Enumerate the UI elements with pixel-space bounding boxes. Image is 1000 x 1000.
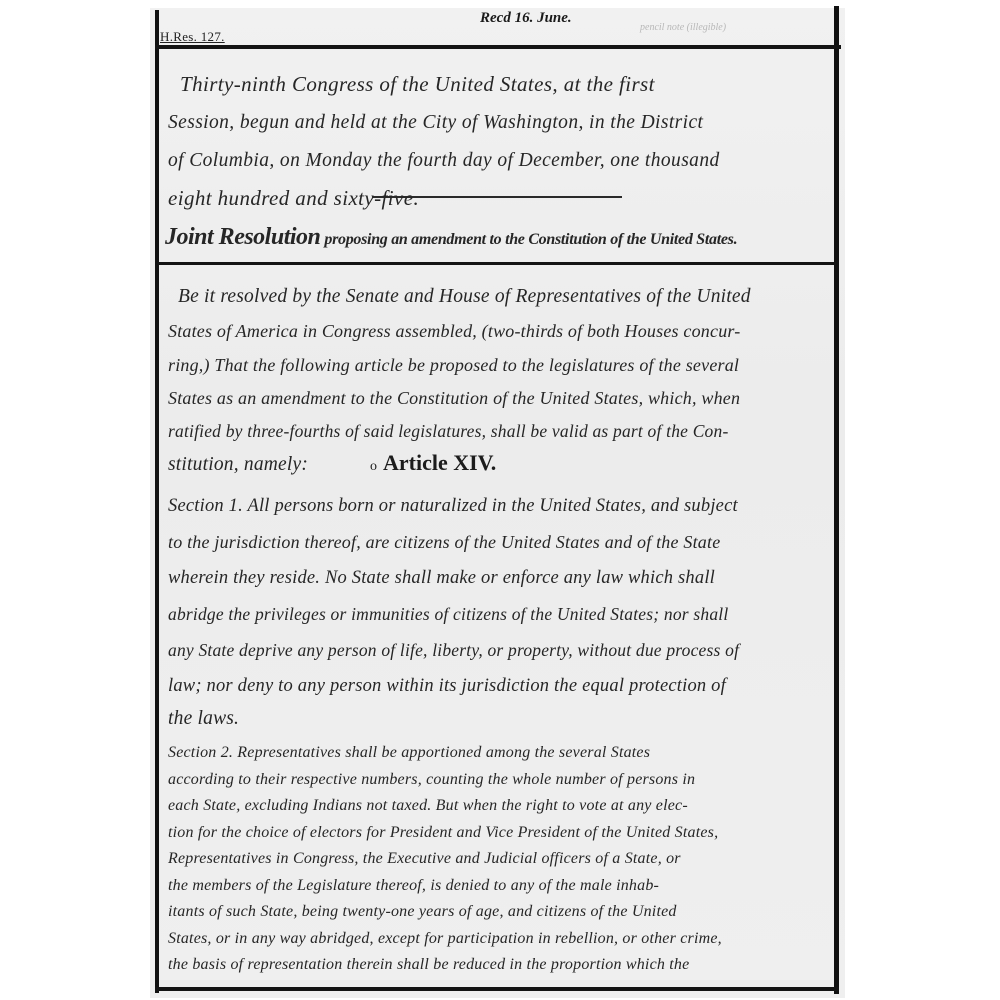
- received-note: Recd 16. June.: [480, 10, 572, 27]
- enacting-line: States of America in Congress assembled,…: [168, 321, 820, 342]
- faint-pencil-note: pencil note (illegible): [640, 22, 726, 33]
- section2-line: States, or in any way abridged, except f…: [168, 930, 820, 948]
- title-rule: [158, 262, 836, 265]
- section1-line: abridge the privileges or immunities of …: [168, 604, 820, 625]
- preamble-line: of Columbia, on Monday the fourth day of…: [168, 150, 820, 172]
- article-heading: oArticle XIV.: [370, 450, 496, 476]
- resolution-title: Joint Resolution proposing an amendment …: [165, 224, 817, 251]
- section1-line: any State deprive any person of life, li…: [168, 640, 820, 661]
- header-rule: [155, 45, 841, 49]
- section1-line: Section 1. All persons born or naturaliz…: [168, 496, 820, 517]
- section2-line: itants of such State, being twenty-one y…: [168, 903, 820, 921]
- section1-line: law; nor deny to any person within its j…: [168, 676, 820, 697]
- section1-line: to the jurisdiction thereof, are citizen…: [168, 532, 820, 553]
- enacting-line: Be it resolved by the Senate and House o…: [178, 286, 830, 308]
- section2-line: according to their respective numbers, c…: [168, 771, 820, 789]
- section2-line: each State, excluding Indians not taxed.…: [168, 797, 820, 815]
- right-border: [834, 6, 839, 994]
- section2-line: Representatives in Congress, the Executi…: [168, 850, 820, 868]
- enacting-line: States as an amendment to the Constituti…: [168, 388, 820, 409]
- section1-line: wherein they reside. No State shall make…: [168, 568, 820, 589]
- preamble-line: eight hundred and sixty-five.: [168, 186, 820, 211]
- preamble-line: Session, begun and held at the City of W…: [168, 112, 820, 134]
- enacting-line: ring,) That the following article be pro…: [168, 355, 820, 376]
- section2-line: the members of the Legislature thereof, …: [168, 877, 820, 895]
- section1-line: the laws.: [168, 708, 820, 730]
- bullet-dot-icon: o: [370, 459, 377, 474]
- preamble-line: Thirty-ninth Congress of the United Stat…: [180, 72, 832, 97]
- section2-line: the basis of representation therein shal…: [168, 956, 820, 974]
- section2-line: Section 2. Representatives shall be appo…: [168, 744, 820, 762]
- enacting-line: ratified by three-fourths of said legisl…: [168, 421, 820, 442]
- article-heading-text: Article XIV.: [383, 450, 496, 475]
- bottom-border: [155, 987, 839, 991]
- resolution-number: H.Res. 127.: [160, 29, 225, 45]
- left-border: [155, 10, 159, 993]
- resolution-title-rest: proposing an amendment to the Constituti…: [324, 231, 737, 248]
- resolution-title-lead: Joint Resolution: [165, 224, 320, 250]
- section2-line: tion for the choice of electors for Pres…: [168, 824, 820, 842]
